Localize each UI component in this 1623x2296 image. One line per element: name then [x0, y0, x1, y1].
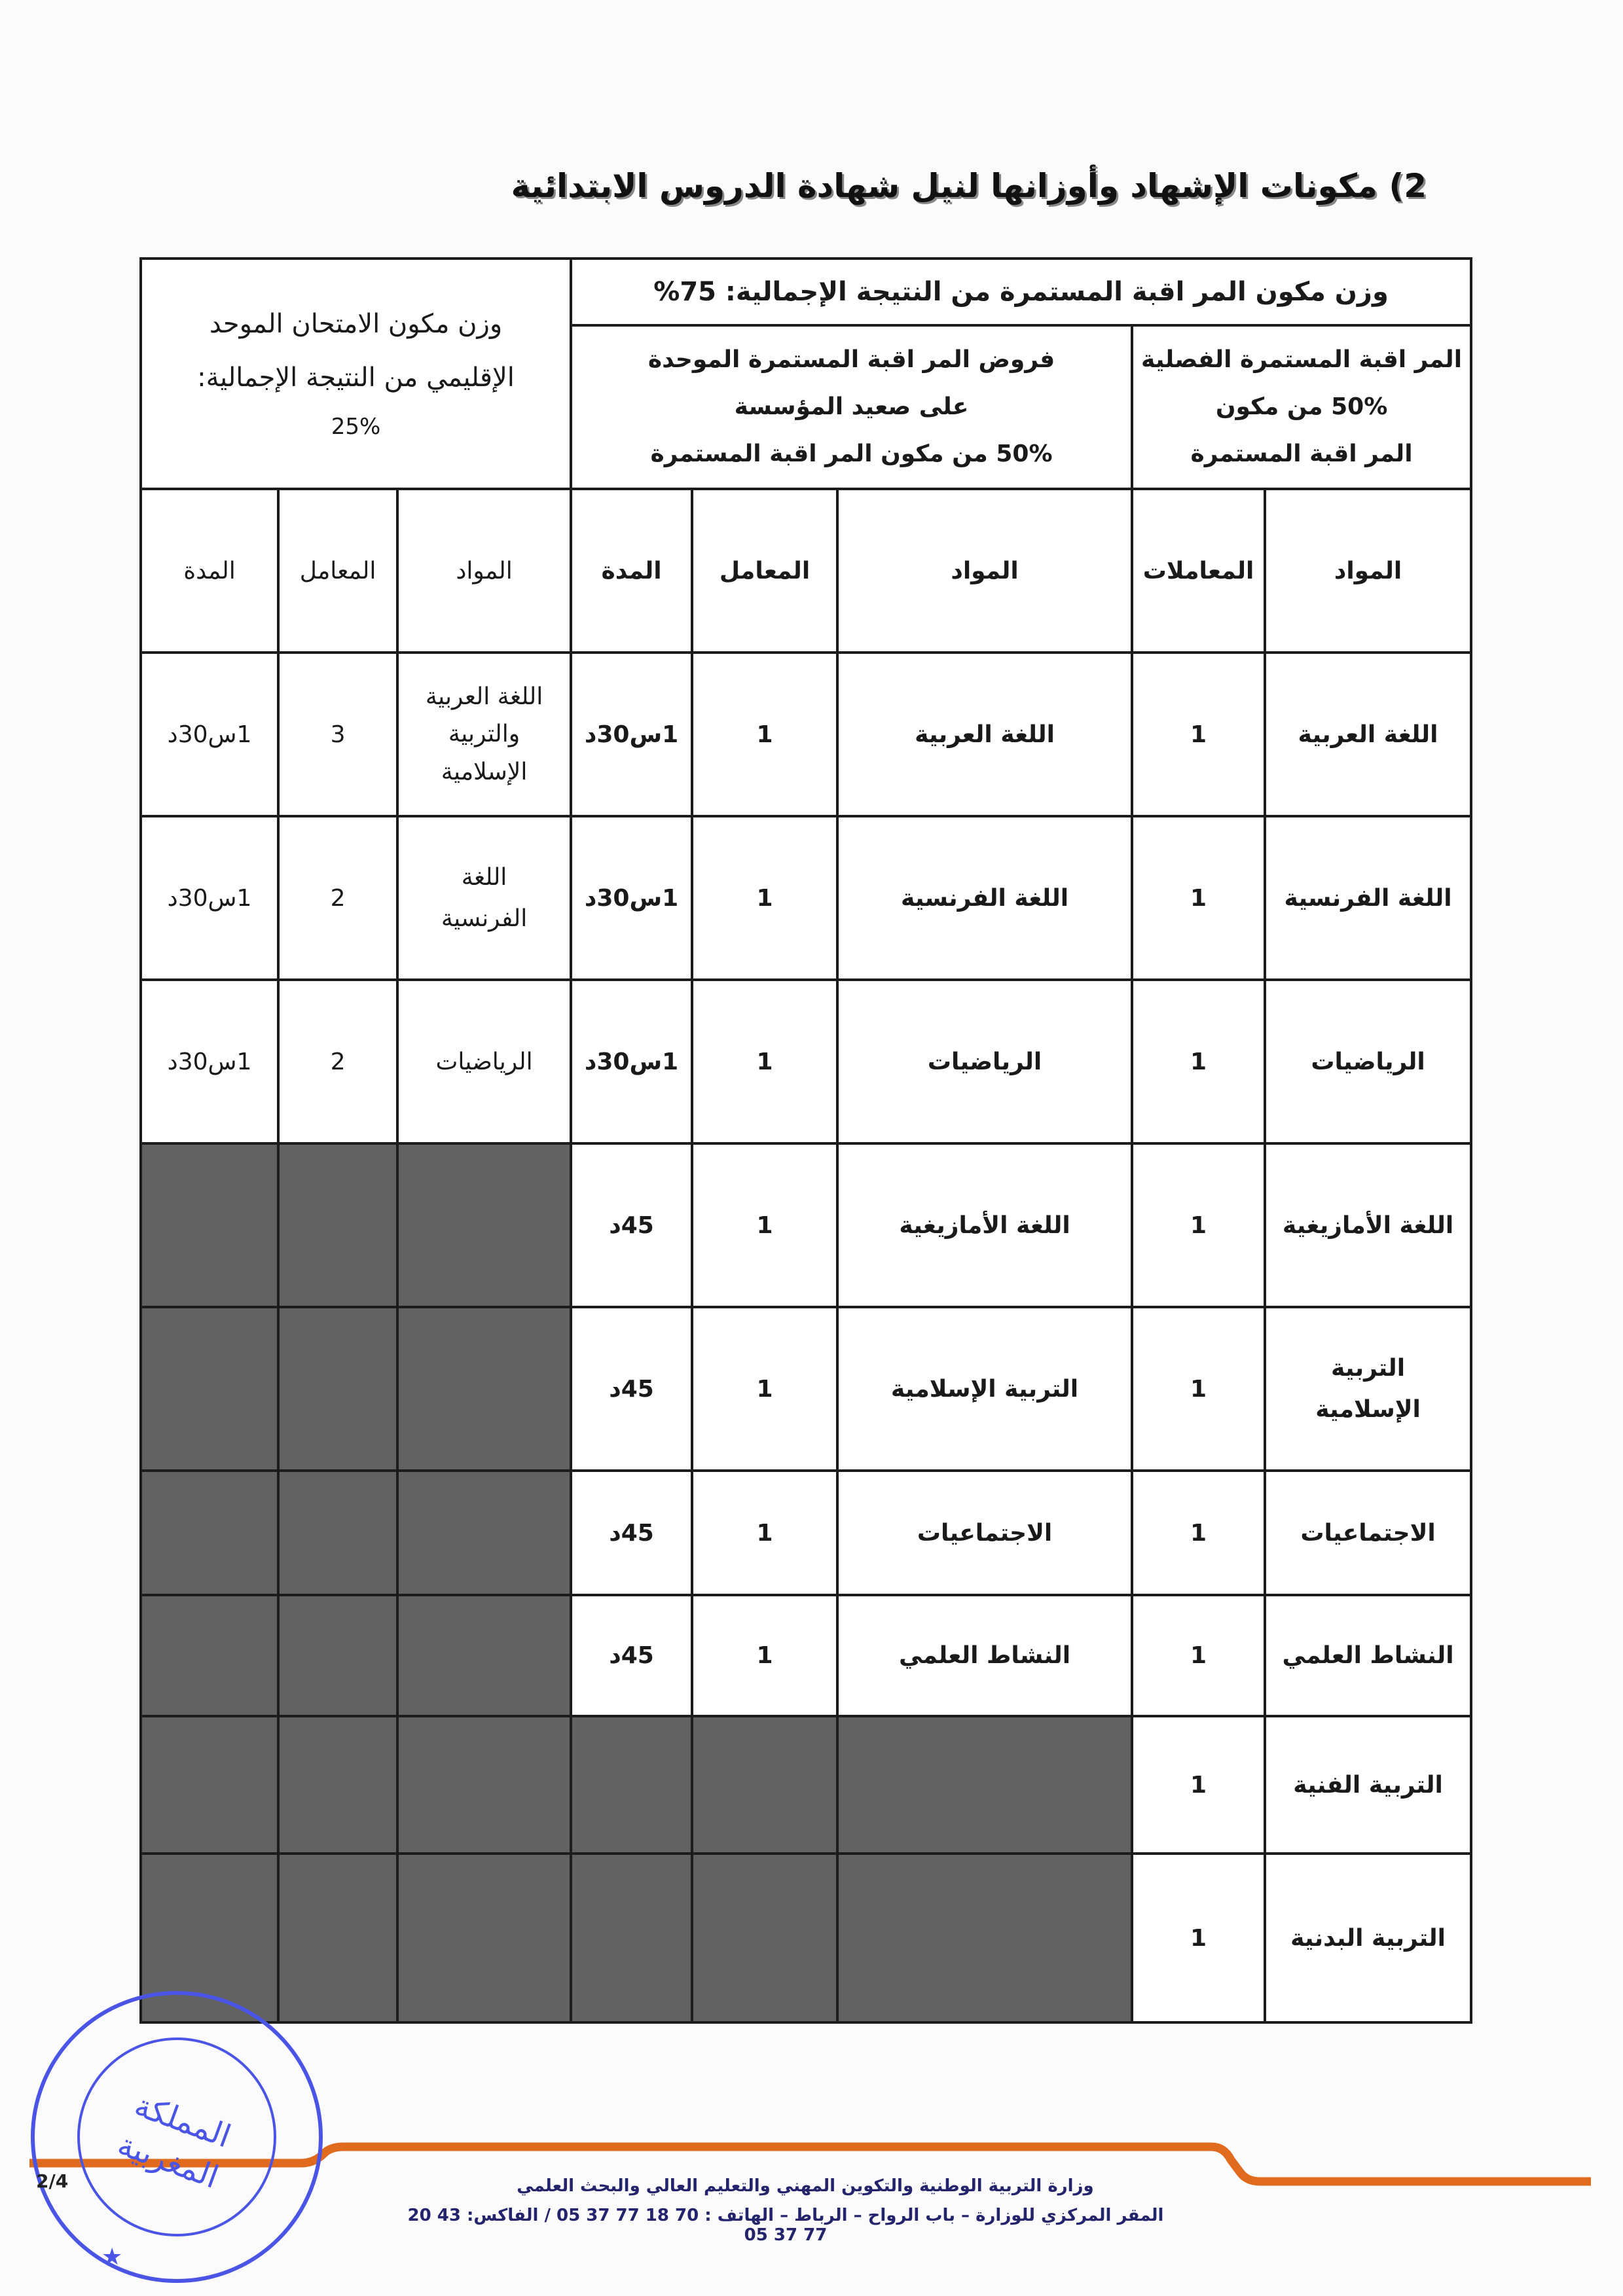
table-row: التربية البدنية 1: [141, 1854, 1471, 2022]
unified-duration: 1س30د: [571, 816, 692, 980]
periodic-coef: 1: [1132, 1143, 1265, 1307]
unified-coef: 1: [692, 653, 837, 816]
table-row: الرياضيات 1 الرياضيات 1 1س30د الرياضيات …: [141, 980, 1471, 1143]
regional-duration: 1س30د: [141, 816, 278, 980]
ministry-address: المقر المركزي للوزارة – باب الرواح – الر…: [393, 2206, 1178, 2245]
shaded-cell: [692, 1854, 837, 2022]
ministry-name: وزارة التربية الوطنية والتكوين المهني وا…: [511, 2176, 1100, 2196]
shaded-cell: [571, 1854, 692, 2022]
page-number: 2/4: [36, 2170, 68, 2192]
unified-coef: 1: [692, 1307, 837, 1471]
periodic-coef: 1: [1132, 980, 1265, 1143]
periodic-coef: 1: [1132, 816, 1265, 980]
col-header-regional-duration: المدة: [141, 489, 278, 653]
periodic-subject: اللغة الأمازيغية: [1265, 1143, 1471, 1307]
regional-header-line1: وزن مكون الامتحان الموحد: [149, 297, 563, 351]
periodic-header-line3: المر اقبة المستمرة: [1140, 431, 1463, 478]
col-header-periodic-subject: المواد: [1265, 489, 1471, 653]
table-row: الاجتماعيات 1 الاجتماعيات 1 45د: [141, 1471, 1471, 1595]
periodic-header-line2: 50% من مكون: [1140, 384, 1463, 431]
table-row: اللغة العربية 1 اللغة العربية 1 1س30د ال…: [141, 653, 1471, 816]
unified-subject: التربية الإسلامية: [837, 1307, 1132, 1471]
shaded-cell: [397, 1595, 571, 1716]
regional-coef: 2: [278, 980, 397, 1143]
shaded-cell: [397, 1716, 571, 1854]
star-icon: ★: [101, 2244, 122, 2270]
unified-tests-header: فروض المر اقبة المستمرة الموحدة على صعيد…: [571, 325, 1132, 489]
shaded-cell: [278, 1143, 397, 1307]
periodic-coef: 1: [1132, 653, 1265, 816]
unified-duration: 45د: [571, 1307, 692, 1471]
periodic-subject: اللغة الفرنسية: [1265, 816, 1471, 980]
regional-header-line2: الإقليمي من النتيجة الإجمالية:: [149, 351, 563, 404]
unified-duration: 45د: [571, 1143, 692, 1307]
table-row: اللغة الفرنسية 1 اللغة الفرنسية 1 1س30د …: [141, 816, 1471, 980]
col-header-regional-subject: المواد: [397, 489, 571, 653]
section-title: 2) مكونات الإشهاد وأوزانها لنيل شهادة ال…: [511, 167, 1427, 205]
unified-coef: 1: [692, 1143, 837, 1307]
official-stamp: المملكة المغربية ★: [23, 1983, 331, 2291]
periodic-coef: 1: [1132, 1716, 1265, 1854]
unified-coef: 1: [692, 1595, 837, 1716]
shaded-cell: [397, 1143, 571, 1307]
shaded-cell: [837, 1716, 1132, 1854]
shaded-cell: [141, 1143, 278, 1307]
unified-duration: 45د: [571, 1595, 692, 1716]
col-header-unified-subject: المواد: [837, 489, 1132, 653]
periodic-subject: التربية البدنية: [1265, 1854, 1471, 2022]
col-header-unified-coef: المعامل: [692, 489, 837, 653]
unified-duration: 45د: [571, 1471, 692, 1595]
table-row: اللغة الأمازيغية 1 اللغة الأمازيغية 1 45…: [141, 1143, 1471, 1307]
regional-exam-header: وزن مكون الامتحان الموحد الإقليمي من الن…: [141, 259, 571, 489]
regional-coef: 3: [278, 653, 397, 816]
col-header-periodic-coef: المعاملات: [1132, 489, 1265, 653]
regional-duration: 1س30د: [141, 653, 278, 816]
unified-duration: 1س30د: [571, 980, 692, 1143]
periodic-subject: الاجتماعيات: [1265, 1471, 1471, 1595]
periodic-assessment-header: المر اقبة المستمرة الفصلية 50% من مكون ا…: [1132, 325, 1471, 489]
unified-coef: 1: [692, 980, 837, 1143]
regional-duration: 1س30د: [141, 980, 278, 1143]
continuous-assessment-header: وزن مكون المر اقبة المستمرة من النتيجة ا…: [571, 259, 1471, 325]
unified-header-line1: فروض المر اقبة المستمرة الموحدة: [579, 336, 1124, 384]
shaded-cell: [278, 1716, 397, 1854]
regional-header-line3: 25%: [149, 404, 563, 450]
periodic-subject: الرياضيات: [1265, 980, 1471, 1143]
unified-duration: 1س30د: [571, 653, 692, 816]
table-row: النشاط العلمي 1 النشاط العلمي 1 45د: [141, 1595, 1471, 1716]
unified-subject: اللغة الأمازيغية: [837, 1143, 1132, 1307]
periodic-subject: اللغة العربية: [1265, 653, 1471, 816]
shaded-cell: [141, 1307, 278, 1471]
periodic-subject: النشاط العلمي: [1265, 1595, 1471, 1716]
unified-header-line2: على صعيد المؤسسة: [579, 384, 1124, 431]
unified-subject: اللغة الفرنسية: [837, 816, 1132, 980]
table-row: التربية الفنية 1: [141, 1716, 1471, 1854]
shaded-cell: [397, 1471, 571, 1595]
unified-coef: 1: [692, 816, 837, 980]
shaded-cell: [141, 1471, 278, 1595]
unified-subject: النشاط العلمي: [837, 1595, 1132, 1716]
shaded-cell: [837, 1854, 1132, 2022]
regional-subject: اللغة العربية والتربية الإسلامية: [397, 653, 571, 816]
periodic-coef: 1: [1132, 1307, 1265, 1471]
shaded-cell: [278, 1307, 397, 1471]
col-header-unified-duration: المدة: [571, 489, 692, 653]
unified-header-line3: 50% من مكون المر اقبة المستمرة: [579, 431, 1124, 478]
shaded-cell: [397, 1307, 571, 1471]
shaded-cell: [571, 1716, 692, 1854]
regional-subject: الرياضيات: [397, 980, 571, 1143]
certification-components-table: وزن مكون المر اقبة المستمرة من النتيجة ا…: [139, 257, 1472, 2024]
shaded-cell: [278, 1471, 397, 1595]
periodic-coef: 1: [1132, 1854, 1265, 2022]
unified-subject: الرياضيات: [837, 980, 1132, 1143]
periodic-coef: 1: [1132, 1595, 1265, 1716]
shaded-cell: [692, 1716, 837, 1854]
periodic-subject: التربية الفنية: [1265, 1716, 1471, 1854]
shaded-cell: [141, 1595, 278, 1716]
regional-subject: اللغة الفرنسية: [397, 816, 571, 980]
unified-coef: 1: [692, 1471, 837, 1595]
col-header-regional-coef: المعامل: [278, 489, 397, 653]
shaded-cell: [278, 1595, 397, 1716]
unified-subject: الاجتماعيات: [837, 1471, 1132, 1595]
table-row: التربية الإسلامية 1 التربية الإسلامية 1 …: [141, 1307, 1471, 1471]
periodic-coef: 1: [1132, 1471, 1265, 1595]
shaded-cell: [141, 1716, 278, 1854]
shaded-cell: [397, 1854, 571, 2022]
periodic-subject: التربية الإسلامية: [1265, 1307, 1471, 1471]
regional-coef: 2: [278, 816, 397, 980]
periodic-header-line1: المر اقبة المستمرة الفصلية: [1140, 336, 1463, 384]
unified-subject: اللغة العربية: [837, 653, 1132, 816]
